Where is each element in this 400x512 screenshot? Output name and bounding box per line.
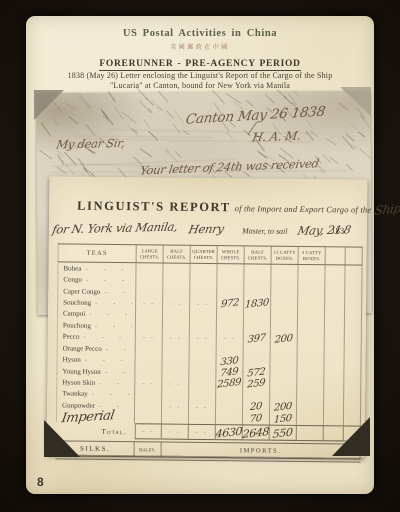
- value-cell: 1830: [244, 299, 271, 311]
- value-cell: [270, 356, 297, 368]
- value-cell: [298, 333, 325, 345]
- blank-cell: [324, 368, 344, 380]
- column-header: WHOLECHESTS.: [218, 246, 245, 263]
- report-ship-script: Ship L: [374, 200, 400, 218]
- value-cell: - -: [190, 332, 217, 344]
- value-cell: [297, 379, 324, 391]
- value-cell: 200: [271, 333, 298, 345]
- value-cell: 972: [217, 298, 244, 310]
- value-cell: [244, 344, 271, 356]
- column-header: HALFCHESTS.: [164, 246, 191, 263]
- handwriting-hatch-texture: [36, 91, 370, 93]
- value-cell: [271, 265, 298, 277]
- value-cell: 572: [243, 367, 270, 379]
- value-cell: 259: [243, 379, 270, 391]
- value-cell: [244, 310, 271, 322]
- tea-row-label: Campoi- - - - - -: [57, 308, 136, 320]
- value-cell: [163, 286, 190, 298]
- tea-row-label: Orange Pecco- - - - - -: [57, 342, 136, 354]
- value-cell: [298, 299, 325, 311]
- blank-cell: [325, 322, 345, 334]
- total-value-cell: - -: [162, 424, 189, 440]
- cargo-table-total-row: Total.- -- -- -46302648550: [56, 422, 361, 441]
- value-cell: [217, 287, 244, 299]
- tea-row-label: Hyson Skin- - - - - -: [56, 377, 135, 389]
- column-header: 3 CATTYBOXES.: [299, 247, 326, 264]
- column-header: 13 CATTYBOXES.: [272, 247, 299, 264]
- blank-cell: [345, 323, 362, 335]
- value-cell: - -: [217, 333, 244, 345]
- value-cell: [271, 299, 298, 311]
- report-title-line: LINGUIST'S REPORT of the Import and Expo…: [77, 197, 400, 219]
- value-cell: [297, 391, 324, 403]
- blank-cell: [324, 379, 344, 391]
- column-header: HALFCHESTS.: [245, 246, 272, 263]
- value-cell: [163, 343, 190, 355]
- value-cell: [216, 401, 243, 413]
- report-destination-script: for N. York via Manila,: [51, 220, 179, 237]
- value-cell: [162, 366, 189, 378]
- blank-cell: [344, 380, 361, 392]
- value-cell: [216, 390, 243, 402]
- value-cell: [189, 367, 216, 379]
- linguists-report-document: LINGUIST'S REPORT of the Import and Expo…: [47, 176, 368, 457]
- value-cell: - -: [190, 298, 217, 310]
- report-master-script: Henry: [188, 222, 226, 237]
- value-cell: 20: [243, 401, 270, 413]
- imports-label: IMPORTS.: [162, 443, 361, 459]
- value-cell: [136, 275, 163, 287]
- tea-row-label: Hyson- - - - - -: [56, 354, 135, 366]
- column-header: QUARTERCHESTS.: [191, 246, 218, 263]
- value-cell: [297, 413, 324, 425]
- tea-row-label: Young Hyson- - - - - -: [56, 365, 135, 377]
- value-cell: 397: [244, 333, 271, 345]
- value-cell: [298, 322, 325, 334]
- tea-row-label: Souchong- - - - - -: [57, 297, 136, 309]
- value-cell: [136, 343, 163, 355]
- tea-row-label: Twankay- - - - - -: [56, 388, 135, 400]
- tea-row-label: Pouchong- - - - - -: [57, 320, 136, 332]
- section-heading: FORERUNNER - PRE-AGENCY PERIOD: [26, 53, 374, 71]
- column-header: LARGECHESTS.: [137, 245, 164, 262]
- caption-line2: "Lucaria" at Canton, bound for New York …: [26, 81, 374, 90]
- blank-cell: [344, 368, 361, 380]
- value-cell: - -: [163, 298, 190, 310]
- value-cell: [244, 276, 271, 288]
- report-year-script: 8: [343, 223, 352, 236]
- value-cell: [243, 356, 270, 368]
- value-cell: [190, 287, 217, 299]
- blank-cell: [345, 334, 362, 346]
- value-cell: [135, 366, 162, 378]
- value-cell: [217, 310, 244, 322]
- value-cell: [271, 310, 298, 322]
- blank-cell: [325, 265, 345, 277]
- tea-row-label: Bohea- - - - - -: [57, 262, 136, 274]
- total-value-cell: - -: [189, 424, 216, 440]
- blank-cell: [325, 345, 345, 357]
- value-cell: [189, 355, 216, 367]
- value-cell: [135, 400, 162, 412]
- value-cell: [189, 389, 216, 401]
- blank-cell: [324, 402, 344, 414]
- value-cell: [297, 402, 324, 414]
- blank-column-header: [326, 247, 346, 264]
- blank-cell: [344, 391, 361, 403]
- page-title: US Postal Activities in China: [26, 28, 374, 39]
- report-title: LINGUIST'S REPORT: [77, 199, 231, 215]
- report-title-rest: of the Import and Export Cargo of the: [235, 203, 372, 214]
- report-master-printed: Master, to sail: [242, 226, 288, 235]
- tea-row-label: Pecco- - - - - -: [57, 331, 136, 343]
- blank-cell: [325, 311, 345, 323]
- value-cell: [298, 265, 325, 277]
- value-cell: [243, 390, 270, 402]
- total-value-cell: - -: [135, 423, 162, 439]
- value-cell: [162, 389, 189, 401]
- report-year: 1838: [331, 223, 351, 236]
- value-cell: [163, 264, 190, 276]
- value-cell: - -: [163, 332, 190, 344]
- blank-column-header: [346, 247, 363, 264]
- value-cell: [298, 276, 325, 288]
- value-cell: [271, 276, 298, 288]
- value-cell: [190, 310, 217, 322]
- blank-cell: [325, 300, 345, 312]
- value-cell: 150: [270, 413, 297, 425]
- value-cell: [190, 264, 217, 276]
- tea-row-label: Congo- - - - - -: [57, 274, 136, 286]
- value-cell: [190, 344, 217, 356]
- value-cell: [298, 311, 325, 323]
- value-cell: [162, 412, 189, 424]
- value-cell: - -: [162, 401, 189, 413]
- cargo-table-body: Bohea- - - - - -Congo- - - - - -Caper Co…: [56, 262, 363, 425]
- total-value-cell: 2648: [243, 424, 270, 440]
- value-cell: [135, 355, 162, 367]
- value-cell: [297, 368, 324, 380]
- total-value-cell: 4630: [216, 424, 243, 440]
- value-cell: [217, 264, 244, 276]
- blank-cell: [344, 357, 361, 369]
- value-cell: [217, 276, 244, 288]
- blank-cell: [325, 288, 345, 300]
- blank-cell: [345, 277, 362, 289]
- blank-cell: [345, 311, 362, 323]
- value-cell: [135, 389, 162, 401]
- value-cell: [271, 322, 298, 334]
- value-cell: [189, 412, 216, 424]
- album-page: US Postal Activities in China 美國郵政在中國 FO…: [26, 16, 374, 494]
- blank-cell: [324, 425, 344, 441]
- value-cell: - -: [136, 332, 163, 344]
- value-cell: - -: [162, 378, 189, 390]
- value-cell: [217, 321, 244, 333]
- value-cell: [163, 275, 190, 287]
- value-cell: - -: [136, 298, 163, 310]
- blank-cell: [345, 300, 362, 312]
- blank-cell: [344, 403, 361, 415]
- blank-cell: [345, 345, 362, 357]
- letter-initials: H. A. M.: [251, 129, 302, 145]
- teas-column-header: TEAS: [58, 244, 137, 262]
- value-cell: [270, 390, 297, 402]
- value-cell: [136, 309, 163, 321]
- value-cell: [216, 413, 243, 425]
- value-cell: [163, 309, 190, 321]
- page-number: 8: [37, 475, 44, 489]
- blank-cell: [345, 288, 362, 300]
- total-value-cell: [297, 425, 324, 441]
- blank-cell: [324, 391, 344, 403]
- value-cell: [189, 378, 216, 390]
- value-cell: [298, 345, 325, 357]
- silks-row: SILKS. BALES. IMPORTS.: [56, 440, 361, 459]
- value-cell: [271, 345, 298, 357]
- caption-line1: 1838 (May 26) Letter enclosing the Lingu…: [26, 71, 374, 80]
- tea-row-label: Imperial: [56, 411, 135, 423]
- letter-salutation: My dear Sir,: [55, 136, 125, 152]
- value-cell: [271, 288, 298, 300]
- value-cell: [162, 355, 189, 367]
- value-cell: [298, 288, 325, 300]
- blank-cell: [345, 265, 362, 277]
- value-cell: 200: [270, 402, 297, 414]
- value-cell: [270, 379, 297, 391]
- cargo-table: TEASLARGECHESTS.HALFCHESTS.QUARTERCHESTS…: [56, 243, 363, 459]
- blank-cell: [325, 277, 345, 289]
- value-cell: [136, 263, 163, 275]
- value-cell: 330: [216, 355, 243, 367]
- value-cell: [136, 320, 163, 332]
- blank-cell: [325, 334, 345, 346]
- value-cell: [190, 321, 217, 333]
- value-cell: [135, 412, 162, 424]
- value-cell: [270, 367, 297, 379]
- value-cell: [297, 356, 324, 368]
- report-subtitle-line: for N. York via Manila, Henry Master, to…: [53, 218, 363, 239]
- value-cell: [136, 286, 163, 298]
- bales-label: BALES.: [135, 442, 162, 456]
- blank-cell: [324, 414, 344, 426]
- blank-cell: [324, 357, 344, 369]
- value-cell: - -: [189, 401, 216, 413]
- value-cell: [244, 264, 271, 276]
- page-title-chinese: 美國郵政在中國: [26, 42, 374, 51]
- value-cell: [190, 275, 217, 287]
- value-cell: - -: [135, 377, 162, 389]
- value-cell: [217, 344, 244, 356]
- tea-row-label: Caper Congo- - - - - -: [57, 285, 136, 297]
- blank-cell: [344, 414, 361, 426]
- value-cell: 70: [243, 413, 270, 425]
- value-cell: 2589: [216, 378, 243, 390]
- value-cell: [244, 321, 271, 333]
- value-cell: [163, 321, 190, 333]
- total-value-cell: 550: [270, 425, 297, 441]
- letter-opening-line: Your letter of 24th was received: [139, 156, 320, 177]
